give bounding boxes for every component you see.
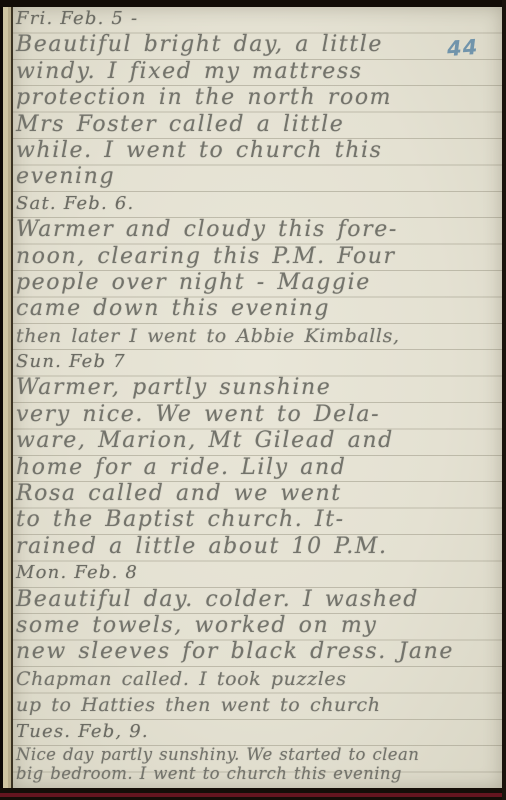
entry-date: Sun. Feb 7: [16, 349, 504, 375]
entry-line: windy. I fixed my mattress: [16, 59, 504, 85]
entry-date: Sat. Feb. 6.: [16, 191, 504, 217]
photo-top-border: [0, 0, 506, 7]
entry-line: Warmer and cloudy this fore-: [16, 217, 504, 243]
entry-line: big bedroom. I went to church this eveni…: [16, 764, 504, 783]
entry-line: up to Hatties then went to church: [16, 692, 504, 718]
entry-line: Rosa called and we went: [16, 481, 504, 507]
entry-line: Nice day partly sunshiny. We started to …: [16, 745, 504, 764]
entry-line: rained a little about 10 P.M.: [16, 534, 504, 560]
entry-date: Mon. Feb. 8: [16, 560, 504, 586]
entry-line: Chapman called. I took puzzles: [16, 666, 504, 692]
book-edge-red-stripe: [0, 793, 506, 797]
entry-date: Tues. Feb, 9.: [16, 719, 504, 745]
binding-edge: [0, 0, 13, 800]
diary-photo: 44 Fri. Feb. 5 - Beautiful bright day, a…: [0, 0, 506, 800]
entry-line: people over night - Maggie: [16, 270, 504, 296]
entry-date: Fri. Feb. 5 -: [16, 6, 504, 32]
entry-line: Warmer, partly sunshine: [16, 375, 504, 401]
entry-line: came down this evening: [16, 296, 504, 322]
handwritten-text: Fri. Feb. 5 - Beautiful bright day, a li…: [16, 6, 504, 783]
entry-line: home for a ride. Lily and: [16, 455, 504, 481]
entry-line: new sleeves for black dress. Jane: [16, 639, 504, 665]
entry-line: then later I went to Abbie Kimballs,: [16, 323, 504, 349]
entry-line: evening: [16, 164, 504, 190]
entry-line: protection in the north room: [16, 85, 504, 111]
entry-line: noon, clearing this P.M. Four: [16, 244, 504, 270]
entry-line: some towels, worked on my: [16, 613, 504, 639]
entry-line: Beautiful bright day, a little: [16, 32, 504, 58]
entry-line: to the Baptist church. It-: [16, 507, 504, 533]
entry-line: ware, Marion, Mt Gilead and: [16, 428, 504, 454]
entry-line: very nice. We went to Dela-: [16, 402, 504, 428]
photo-right-border: [502, 0, 506, 800]
entry-line: while. I went to church this: [16, 138, 504, 164]
entry-line: Mrs Foster called a little: [16, 112, 504, 138]
entry-line: Beautiful day. colder. I washed: [16, 587, 504, 613]
